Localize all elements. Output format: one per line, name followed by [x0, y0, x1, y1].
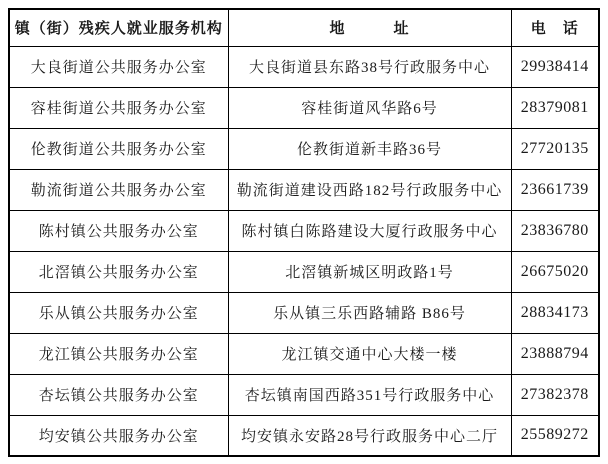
organization-name: 龙江镇公共服务办公室	[9, 333, 228, 374]
organization-name: 勒流街道公共服务办公室	[9, 169, 228, 210]
table-row: 大良街道公共服务办公室大良街道县东路38号行政服务中心29938414	[9, 46, 599, 87]
table-header: 镇（街）残疾人就业服务机构 地 址 电 话	[9, 9, 599, 46]
phone-number: 27720135	[511, 128, 599, 169]
table-row: 勒流街道公共服务办公室勒流街道建设西路182号行政服务中心23661739	[9, 169, 599, 210]
table-row: 乐从镇公共服务办公室乐从镇三乐西路辅路 B86号28834173	[9, 292, 599, 333]
phone-number: 28834173	[511, 292, 599, 333]
header-phone: 电 话	[511, 9, 599, 46]
address-value: 大良街道县东路38号行政服务中心	[228, 46, 511, 87]
organization-name: 容桂街道公共服务办公室	[9, 87, 228, 128]
address-value: 勒流街道建设西路182号行政服务中心	[228, 169, 511, 210]
phone-number: 29938414	[511, 46, 599, 87]
table-row: 杏坛镇公共服务办公室杏坛镇南国西路351号行政服务中心27382378	[9, 374, 599, 415]
phone-number: 23888794	[511, 333, 599, 374]
address-value: 乐从镇三乐西路辅路 B86号	[228, 292, 511, 333]
phone-number: 23661739	[511, 169, 599, 210]
organization-name: 杏坛镇公共服务办公室	[9, 374, 228, 415]
organization-name: 伦教街道公共服务办公室	[9, 128, 228, 169]
phone-number: 26675020	[511, 251, 599, 292]
phone-number: 23836780	[511, 210, 599, 251]
organization-name: 北滘镇公共服务办公室	[9, 251, 228, 292]
table-row: 均安镇公共服务办公室均安镇永安路28号行政服务中心二厅25589272	[9, 415, 599, 456]
organization-name: 乐从镇公共服务办公室	[9, 292, 228, 333]
address-value: 杏坛镇南国西路351号行政服务中心	[228, 374, 511, 415]
organization-name: 均安镇公共服务办公室	[9, 415, 228, 456]
header-address: 地 址	[228, 9, 511, 46]
header-org: 镇（街）残疾人就业服务机构	[9, 9, 228, 46]
page-background: 镇（街）残疾人就业服务机构 地 址 电 话 大良街道公共服务办公室大良街道县东路…	[0, 0, 608, 464]
phone-number: 27382378	[511, 374, 599, 415]
service-directory-table: 镇（街）残疾人就业服务机构 地 址 电 话 大良街道公共服务办公室大良街道县东路…	[8, 8, 600, 457]
organization-name: 大良街道公共服务办公室	[9, 46, 228, 87]
table-row: 龙江镇公共服务办公室龙江镇交通中心大楼一楼23888794	[9, 333, 599, 374]
address-value: 伦教街道新丰路36号	[228, 128, 511, 169]
phone-number: 25589272	[511, 415, 599, 456]
address-value: 陈村镇白陈路建设大厦行政服务中心	[228, 210, 511, 251]
address-value: 容桂街道风华路6号	[228, 87, 511, 128]
table-row: 伦教街道公共服务办公室伦教街道新丰路36号27720135	[9, 128, 599, 169]
table-body: 大良街道公共服务办公室大良街道县东路38号行政服务中心29938414容桂街道公…	[9, 46, 599, 456]
address-value: 龙江镇交通中心大楼一楼	[228, 333, 511, 374]
organization-name: 陈村镇公共服务办公室	[9, 210, 228, 251]
address-value: 均安镇永安路28号行政服务中心二厅	[228, 415, 511, 456]
header-row: 镇（街）残疾人就业服务机构 地 址 电 话	[9, 9, 599, 46]
table-row: 容桂街道公共服务办公室容桂街道风华路6号28379081	[9, 87, 599, 128]
table-row: 北滘镇公共服务办公室北滘镇新城区明政路1号26675020	[9, 251, 599, 292]
phone-number: 28379081	[511, 87, 599, 128]
address-value: 北滘镇新城区明政路1号	[228, 251, 511, 292]
table-row: 陈村镇公共服务办公室陈村镇白陈路建设大厦行政服务中心23836780	[9, 210, 599, 251]
